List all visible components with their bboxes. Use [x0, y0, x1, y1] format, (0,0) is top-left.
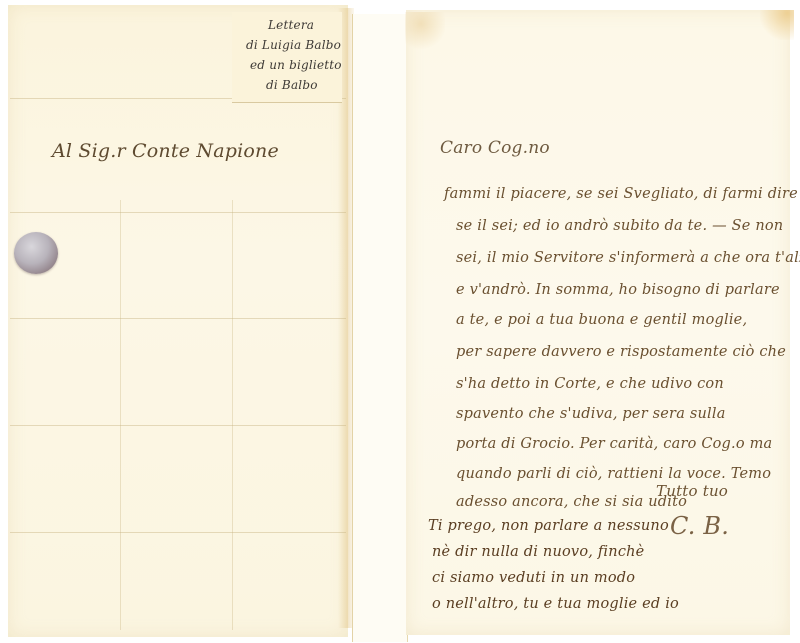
- body-line: spavento che s'udiva, per sera sulla: [456, 406, 726, 422]
- fold-line: [10, 318, 346, 319]
- salutation: Caro Cog.no: [440, 138, 550, 158]
- letter-scan: Lettera di Luigia Balbo ed un biglietto …: [0, 0, 800, 643]
- body-line: adesso ancora, che si sia udito: [456, 494, 687, 510]
- body-line: fammi il piacere, se sei Svegliato, di f…: [444, 186, 798, 202]
- fold-line: [120, 200, 121, 630]
- body-line: per sapere davvero e rispostamente ciò c…: [456, 344, 786, 360]
- fold-line: [10, 532, 346, 533]
- wax-seal-icon: [14, 232, 58, 274]
- closing: Tutto tuo: [656, 482, 728, 500]
- corner-stain: [760, 10, 794, 40]
- body-line: a te, e poi a tua buona e gentil moglie,: [456, 312, 747, 328]
- fold-line: [10, 212, 346, 213]
- label-line: di Balbo: [266, 78, 318, 92]
- body-line: se il sei; ed io andrò subito da te. — S…: [456, 218, 783, 234]
- label-line: Lettera: [268, 18, 314, 32]
- body-line: s'ha detto in Corte, e che udivo con: [456, 376, 724, 392]
- postscript-line: o nell'altro, tu e tua moglie ed io: [432, 596, 679, 612]
- postscript-line: nè dir nulla di nuovo, finchè: [432, 544, 644, 560]
- binding-strip: [352, 14, 408, 642]
- body-line: porta di Grocio. Per carità, caro Cog.o …: [456, 436, 772, 452]
- label-line: ed un biglietto: [250, 58, 342, 72]
- water-stain: [405, 12, 445, 52]
- fold-line: [10, 425, 346, 426]
- postscript-line: ci siamo veduti in un modo: [432, 570, 635, 586]
- body-line: e v'andrò. In somma, ho bisogno di parla…: [456, 282, 780, 298]
- body-line: quando parli di ciò, rattieni la voce. T…: [456, 466, 771, 482]
- label-line: di Luigia Balbo: [246, 38, 341, 52]
- address-line: Al Sig.r Conte Napione: [52, 140, 279, 162]
- signature: C. B.: [670, 512, 729, 540]
- body-line: sei, il mio Servitore s'informerà a che …: [456, 250, 800, 266]
- postscript-line: Ti prego, non parlare a nessuno: [428, 518, 669, 534]
- fold-line: [232, 200, 233, 630]
